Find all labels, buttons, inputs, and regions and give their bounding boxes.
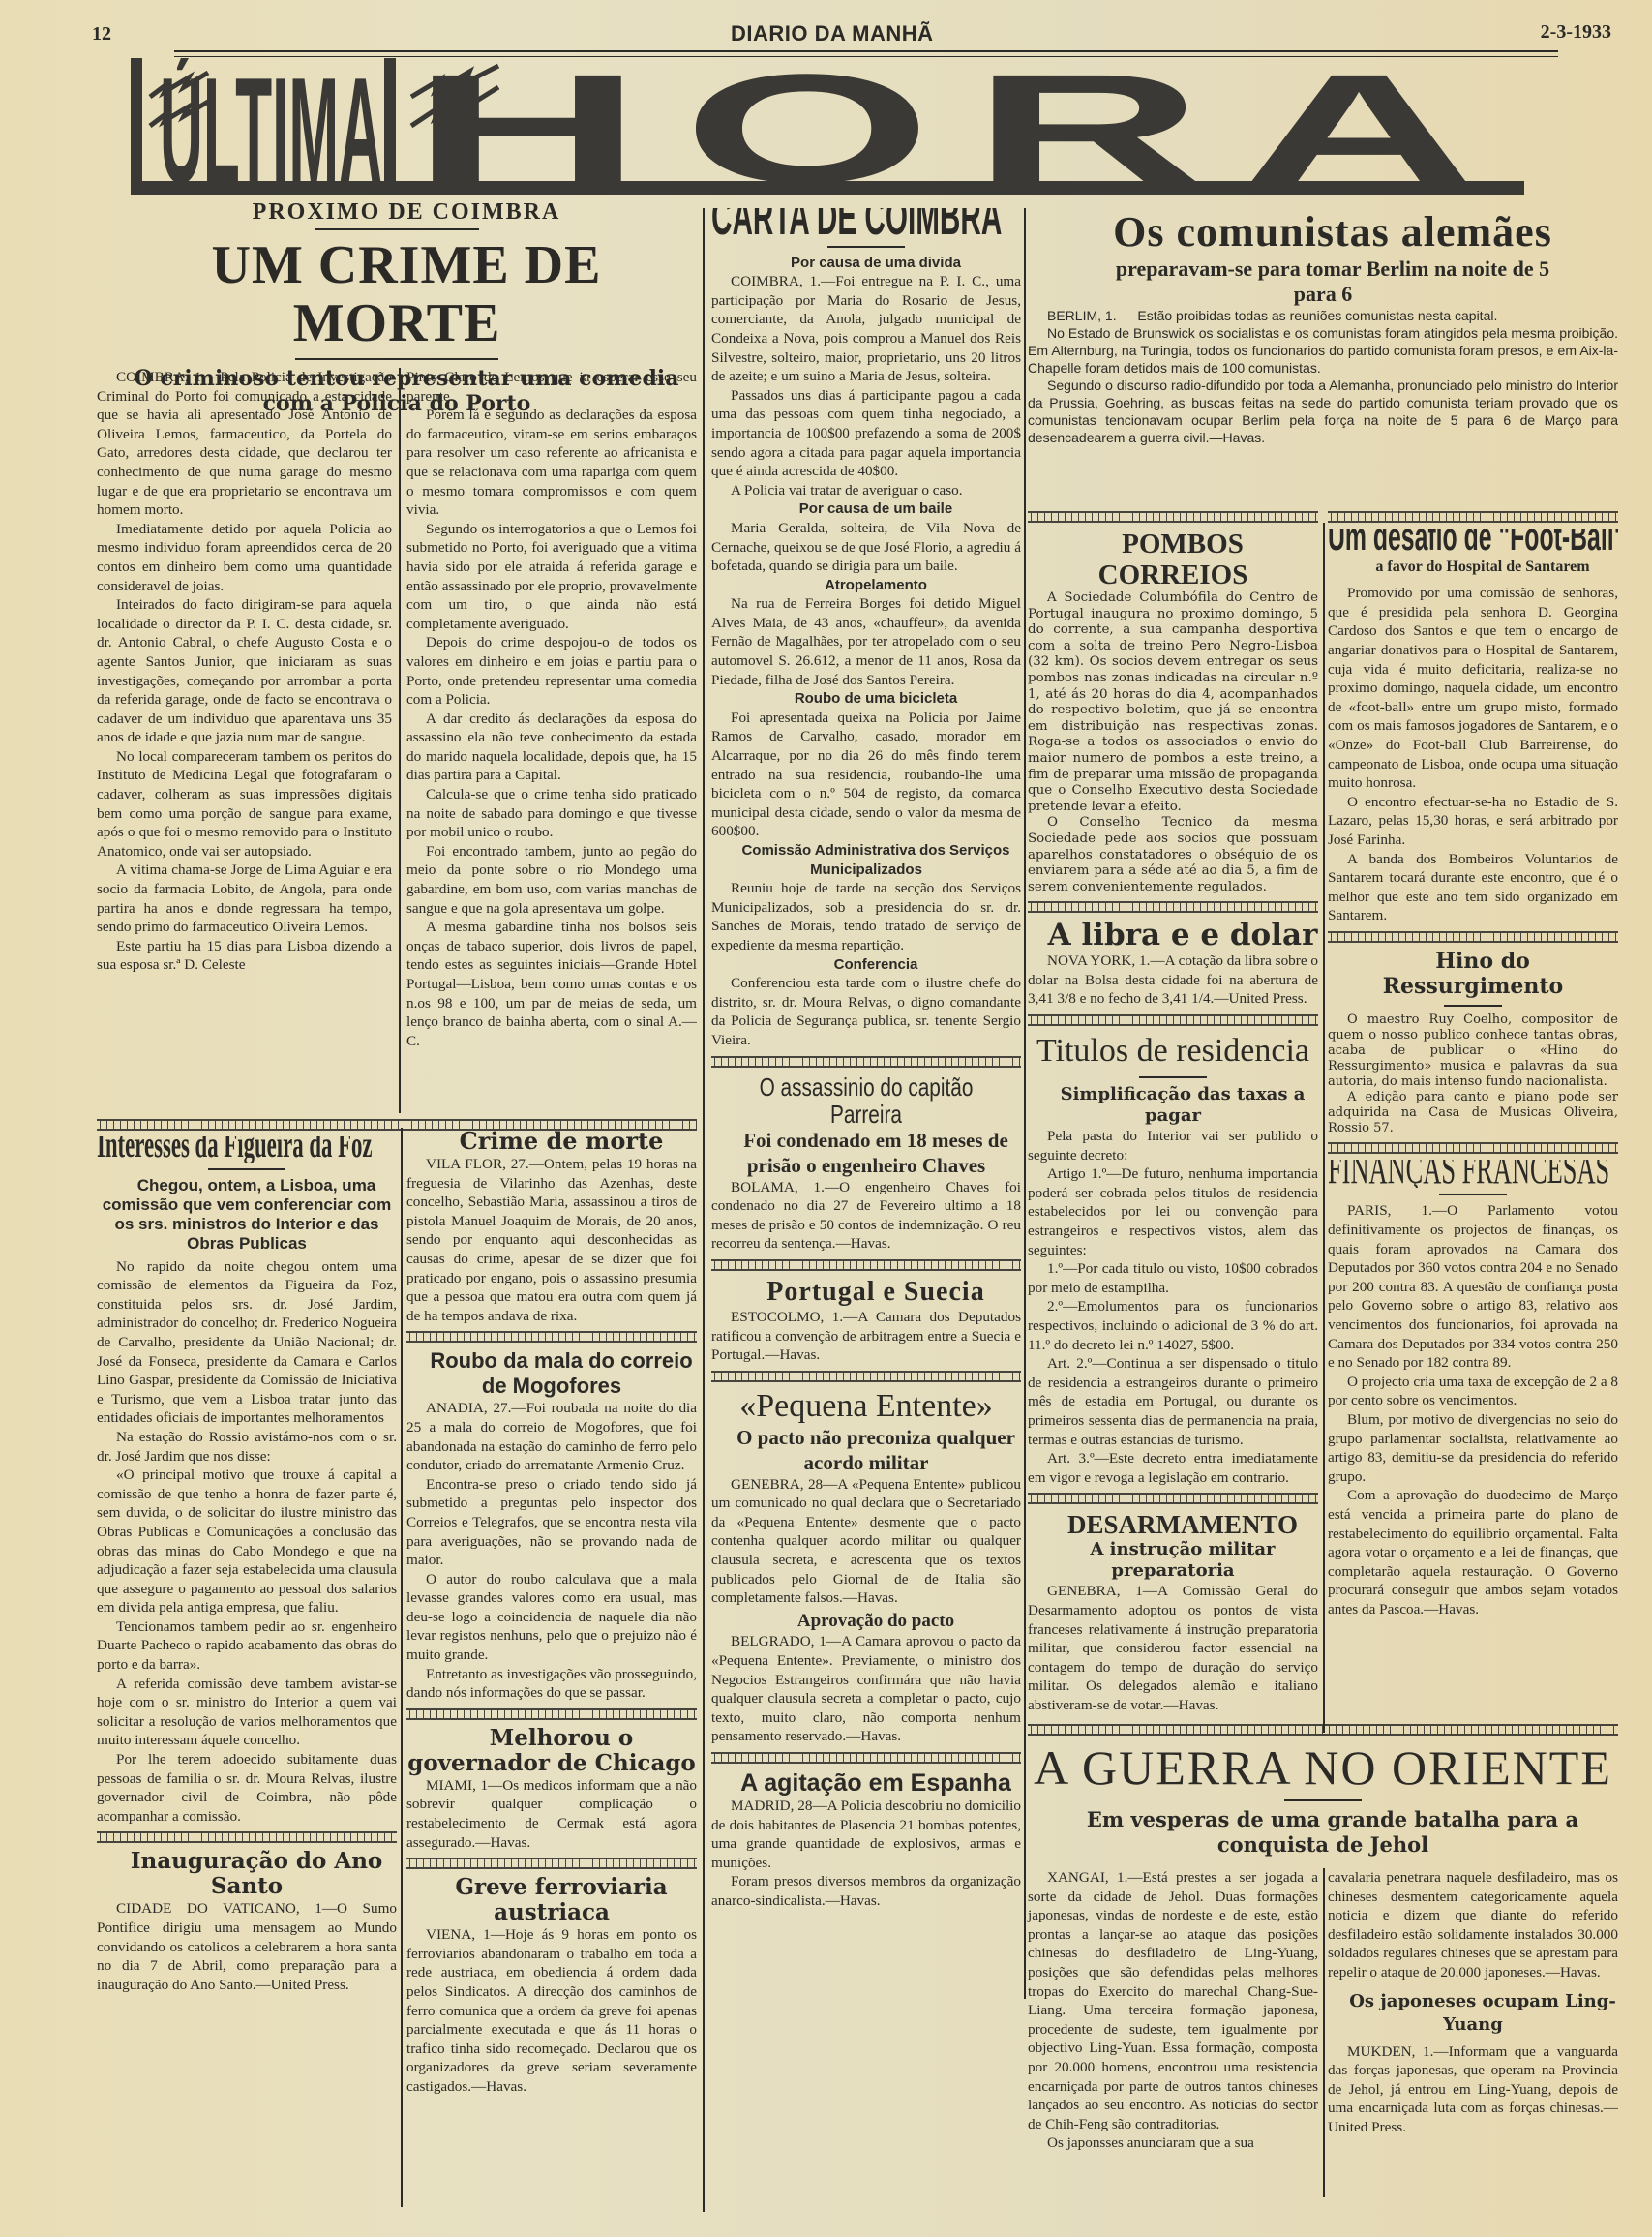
paragraph: Art. 3.º—Este decreto entra imediatament… — [1028, 1449, 1318, 1487]
masthead-rule — [174, 50, 1558, 52]
divider — [1444, 1005, 1502, 1007]
paragraph: Entretanto as investigações vão prossegu… — [406, 1665, 697, 1703]
divider — [315, 228, 479, 230]
paragraph: cavalaria penetrara naquele desfiladeiro… — [1328, 1868, 1618, 1982]
paragraph: COIMBRA, 1.—Pela Policia de Investigação… — [97, 368, 392, 520]
lower-left-col: Interesses da Figueira da Foz Chegou, on… — [97, 1113, 397, 1994]
paragraph: VIENA, 1—Hoje ás 9 horas em ponto os fer… — [406, 1925, 697, 2096]
parreira-subheadline: Foi condenado em 18 meses de prisão o en… — [711, 1128, 1021, 1178]
masthead-bar: 12 DIARIO DA MANHÃ 2-3-1933 — [92, 21, 1621, 50]
paragraph: A Policia vai tratar de averiguar o caso… — [711, 481, 1021, 500]
libra-headline: A libra e e dolar — [1028, 919, 1318, 952]
paragraph: Tencionamos tambem pedir ao sr. engenhei… — [97, 1617, 397, 1675]
paragraph: Depois do crime despojou-o de todos os v… — [406, 633, 697, 709]
paragraph: BERLIM, 1. — Estão proibidas todas as re… — [1028, 307, 1618, 324]
divider — [711, 1259, 1021, 1271]
financas-headline: FINANÇAS FRANCESAS — [1328, 1160, 1609, 1179]
masthead-rule — [174, 56, 1558, 57]
paragraph: GENEBRA, 28—A «Pequena Entente» publicou… — [711, 1475, 1021, 1608]
ano-santo-headline: Inauguração do Ano Santo — [97, 1849, 397, 1899]
section-title: Comissão Administrativa dos Serviços Mun… — [711, 841, 1021, 879]
section-title: Atropelamento — [711, 576, 1021, 595]
paragraph: Reuniu hoje de tarde na secção dos Servi… — [711, 879, 1021, 954]
paragraph: A dar credito ás declarações da esposa d… — [406, 710, 697, 785]
paragraph: Inteirados do facto dirigiram-se para aq… — [97, 595, 392, 747]
paragraph: 1.º—Por cada titulo ou visto, 10$00 cobr… — [1028, 1259, 1318, 1297]
titulos-headline: Titulos de residencia — [1028, 1032, 1318, 1071]
paragraph: PARIS, 1.—O Parlamento votou definitivam… — [1328, 1201, 1618, 1372]
paragraph: ANADIA, 27.—Foi roubada na noite do dia … — [406, 1399, 697, 1474]
paragraph: BOLAMA, 1.—O engenheiro Chaves foi conde… — [711, 1178, 1021, 1254]
lead-headline: UM CRIME DE MORTE — [97, 236, 697, 352]
ultima-hora-logo: ÚLTIMA HORA — [131, 58, 1558, 203]
vila-flor-headline: Crime de morte — [406, 1128, 697, 1155]
entente-subheadline: O pacto não preconiza qualquer acordo mi… — [711, 1425, 1021, 1475]
carta-de-coimbra: CARTA DE COIMBRA Por causa de uma divida… — [711, 208, 1021, 1911]
divider — [711, 1056, 1021, 1068]
column-rule — [401, 1128, 403, 2207]
divider — [406, 1708, 697, 1720]
paragraph: Pela pasta do Interior vai ser publido o… — [1028, 1127, 1318, 1164]
lead-story-col1: COIMBRA, 1.—Pela Policia de Investigação… — [97, 368, 392, 975]
paragraph: GENEBRA, 1—A Comissão Geral do Desarmame… — [1028, 1582, 1318, 1714]
paragraph: A mesma gabardine tinha nos bolsos seis … — [406, 918, 697, 1050]
divider — [1139, 1076, 1207, 1078]
paragraph: VILA FLOR, 27.—Ontem, pelas 19 horas na … — [406, 1155, 697, 1325]
divider — [1028, 901, 1318, 913]
guerra-headline: A GUERRA NO ORIENTE — [1028, 1741, 1618, 1794]
section-title: Roubo de uma bicicleta — [711, 689, 1021, 709]
divider — [208, 1168, 285, 1170]
paragraph: Foi apresentada queixa na Policia por Ja… — [711, 709, 1021, 841]
paragraph: O maestro Ruy Coelho, compositor de quem… — [1328, 1013, 1618, 1090]
section-title: Os japoneses ocupam Ling-Yuang — [1328, 1990, 1618, 2037]
section-title: Aprovação do pacto — [711, 1612, 1021, 1631]
paragraph: No rapido da noite chegou ontem uma comi… — [97, 1257, 397, 1428]
paragraph: Promovido por uma comissão de senhoras, … — [1328, 584, 1618, 793]
paragraph: ESTOCOLMO, 1.—A Camara dos Deputados rat… — [711, 1308, 1021, 1365]
divider — [1028, 511, 1318, 523]
paragraph: Na rua de Ferreira Borges foi detido Mig… — [711, 594, 1021, 689]
paragraph: O Conselho Tecnico da mesma Sociedade pe… — [1028, 815, 1318, 895]
football-headline: Um desafio de "Foot-Ball" — [1328, 529, 1618, 548]
carta-headline: CARTA DE COIMBRA — [711, 208, 1002, 227]
football-subheadline: a favor do Hospital de Santarem — [1328, 558, 1618, 577]
paragraph: Imediatamente detido por aquela Policia … — [97, 520, 392, 595]
paragraph: Conferenciou esta tarde com o ilustre ch… — [711, 974, 1021, 1049]
paragraph: Blum, por motivo de divergencias no seio… — [1328, 1410, 1618, 1486]
page-number: 12 — [92, 23, 111, 45]
paragraph: O encontro efectuar-se-ha no Estadio de … — [1328, 793, 1618, 850]
right-col-left: POMBOS CORREIOS A Sociedade Columbófila … — [1028, 505, 1318, 1715]
paragraph: No local compareceram tambem os peritos … — [97, 747, 392, 862]
newspaper-name: DIARIO DA MANHÃ — [731, 21, 934, 46]
paragraph: BELGRADO, 1—A Camara aprovou o pacto da … — [711, 1632, 1021, 1746]
paragraph: Calcula-se que o crime tenha sido pratic… — [406, 785, 697, 842]
guerra-story: A GUERRA NO ORIENTE Em vesperas de uma g… — [1028, 1718, 1618, 1858]
issue-date: 2-3-1933 — [1541, 21, 1611, 44]
lead-kicker: PROXIMO DE COIMBRA — [97, 203, 697, 223]
hino-headline: Hino do Ressurgimento — [1328, 949, 1618, 999]
section-banner: ÚLTIMA HORA — [131, 58, 1558, 203]
paragraph: Segundo os interrogatorios a que o Lemos… — [406, 520, 697, 634]
column-rule — [399, 368, 401, 1113]
desarmamento-subheadline: A instrução militar preparatoria — [1028, 1539, 1318, 1582]
paragraph: O projecto cria uma taxa de excepção de … — [1328, 1373, 1618, 1410]
comunistas-subheadline: preparavam-se para tomar Berlim na noite… — [1028, 257, 1618, 307]
paragraph: XANGAI, 1.—Está prestes a ser jogada a s… — [1028, 1868, 1318, 2133]
paragraph: A vitima chama-se Jorge de Lima Aguiar e… — [97, 861, 392, 936]
right-col-right: Um desafio de "Foot-Ball" a favor do Hos… — [1328, 505, 1618, 1619]
parreira-headline: O assassinio do capitão Parreira — [742, 1073, 990, 1128]
pombos-headline: POMBOS CORREIOS — [1028, 529, 1318, 590]
paragraph: 2.º—Emolumentos para os funcionarios res… — [1028, 1297, 1318, 1354]
divider — [711, 1752, 1021, 1764]
divider — [1028, 1724, 1618, 1736]
suecia-headline: Portugal e Suecia — [711, 1277, 1021, 1308]
divider — [295, 358, 498, 360]
divider — [406, 1858, 697, 1869]
paragraph: Por lhe terem adoecido subitamente duas … — [97, 1750, 397, 1826]
divider — [406, 1331, 697, 1343]
paragraph: Este partiu ha 15 dias para Lisboa dizen… — [97, 937, 392, 975]
paragraph: NOVA YORK, 1.—A cotação da libra sobre o… — [1028, 952, 1318, 1009]
column-rule — [1024, 208, 1026, 1999]
espanha-headline: A agitação em Espanha — [711, 1769, 1021, 1797]
column-rule — [703, 208, 705, 2212]
divider — [1028, 1014, 1318, 1026]
desarmamento-headline: DESARMAMENTO — [1028, 1510, 1318, 1539]
paragraph: Os japonsses anunciaram que a sua — [1028, 2133, 1318, 2153]
svg-text:HORA: HORA — [411, 58, 1515, 203]
guerra-col1: XANGAI, 1.—Está prestes a ser jogada a s… — [1028, 1868, 1318, 2153]
comunistas-body: BERLIM, 1. — Estão proibidas todas as re… — [1028, 307, 1618, 446]
divider — [1328, 931, 1618, 943]
divider — [711, 1371, 1021, 1382]
divider — [827, 246, 905, 248]
greve-headline: Greve ferroviaria austriaca — [406, 1875, 697, 1925]
entente-headline: «Pequena Entente» — [711, 1388, 1021, 1425]
newspaper-page: 12 DIARIO DA MANHÃ 2-3-1933 ÚLTIMA HORA … — [0, 0, 1652, 2237]
paragraph: Com a aprovação do duodecimo de Março es… — [1328, 1486, 1618, 1618]
paragraph: A referida comissão deve tambem avistar-… — [97, 1675, 397, 1750]
column-rule — [1323, 523, 1325, 1733]
paragraph: No Estado de Brunswick os socialistas e … — [1028, 324, 1618, 377]
figueira-headline: Interesses da Figueira da Foz — [97, 1136, 373, 1156]
paragraph: Artigo 1.º—De futuro, nenhuma importanci… — [1028, 1164, 1318, 1259]
paragraph: Foi encontrado tambem, junto ao pegão do… — [406, 842, 697, 918]
paragraph: Encontra-se preso o criado tendo sido já… — [406, 1475, 697, 1570]
divider — [97, 1831, 397, 1843]
paragraph: A banda dos Bombeiros Voluntarios de San… — [1328, 850, 1618, 925]
section-title: Por causa de um baile — [711, 499, 1021, 519]
section-title: Por causa de uma divida — [711, 254, 1021, 273]
divider — [1328, 511, 1618, 523]
paragraph: COIMBRA, 1.—Foi entregue na P. I. C., um… — [711, 272, 1021, 386]
paragraph: MUKDEN, 1.—Informam que a vanguarda das … — [1328, 2042, 1618, 2137]
divider — [1439, 1194, 1507, 1195]
paragraph: Maria Geralda, solteira, de Vila Nova de… — [711, 519, 1021, 576]
paragraph: MIAMI, 1—Os medicos informam que a não s… — [406, 1776, 697, 1852]
column-rule — [1323, 1868, 1325, 2197]
divider — [1028, 1493, 1318, 1504]
paragraph: MADRID, 28—A Policia descobriu no domici… — [711, 1797, 1021, 1872]
paragraph: Segundo o discurso radio-difundido por t… — [1028, 377, 1618, 446]
paragraph: A edição para canto e piano pode ser adq… — [1328, 1090, 1618, 1136]
chicago-headline: Melhorou o governador de Chicago — [406, 1726, 697, 1776]
divider — [1328, 1142, 1618, 1154]
figueira-subheadline: Chegou, ontem, a Lisboa, uma comissão qu… — [97, 1176, 397, 1254]
paragraph: Foram presos diversos membros da organiz… — [711, 1872, 1021, 1910]
comunistas-story: Os comunistas alemães preparavam-se para… — [1028, 208, 1618, 446]
paragraph: Porém lá e segundo as declarações da esp… — [406, 406, 697, 520]
mogofores-headline: Roubo da mala do correio de Mogofores — [406, 1348, 697, 1399]
guerra-col2: cavalaria penetrara naquele desfiladeiro… — [1328, 1868, 1618, 2137]
comunistas-headline: Os comunistas alemães — [1028, 208, 1618, 257]
section-title: Conferencia — [711, 955, 1021, 975]
paragraph: CIDADE DO VATICANO, 1—O Sumo Pontifice d… — [97, 1899, 397, 1994]
paragraph: Passados uns dias á participante pagou a… — [711, 386, 1021, 481]
lead-story-col2: Pinto Claro de Lemos que ia esperar esse… — [406, 368, 697, 1050]
guerra-subheadline: Em vesperas de uma grande batalha para a… — [1028, 1807, 1618, 1858]
paragraph: Art. 2.º—Continua a ser dispensado o tit… — [1028, 1354, 1318, 1449]
paragraph: O autor do roubo calculava que a mala le… — [406, 1570, 697, 1665]
lower-mid-col: Crime de morte VILA FLOR, 27.—Ontem, pel… — [406, 1128, 697, 2097]
titulos-subheadline: Simplificação das taxas a pagar — [1028, 1084, 1318, 1127]
paragraph: Na estação do Rossio avistámo-nos com o … — [97, 1428, 397, 1466]
paragraph: «O principal motivo que trouxe á capital… — [97, 1466, 397, 1617]
paragraph: A Sociedade Columbófila do Centro de Por… — [1028, 590, 1318, 815]
paragraph: Pinto Claro de Lemos que ia esperar esse… — [406, 368, 697, 406]
divider — [1284, 1799, 1362, 1801]
